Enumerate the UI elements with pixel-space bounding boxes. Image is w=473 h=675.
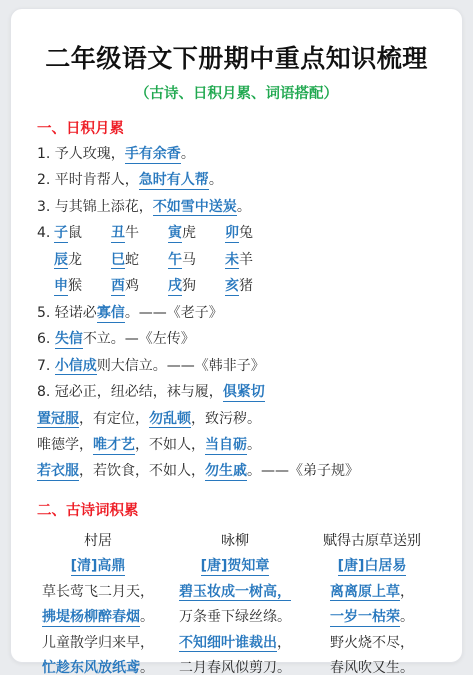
poem-line: 万条垂下绿丝绦。 bbox=[174, 605, 296, 631]
plain-text: 。——《老子》 bbox=[125, 305, 223, 321]
highlighted-text: 当自砺 bbox=[205, 437, 247, 455]
document-content: 二年级语文下册期中重点知识梳理 （古诗、日积月累、词语搭配） 一、日积月累 1.… bbox=[11, 9, 462, 675]
zodiac-cell: 未羊 bbox=[225, 247, 282, 274]
plain-text: 。 bbox=[400, 609, 414, 625]
poem-column: 咏柳[唐]贺知章碧玉妆成一树高，万条垂下绿丝绦。不知细叶谁裁出，二月春风似剪刀。 bbox=[174, 529, 296, 675]
knowledge-line: 7. 小信成则大信立。——《韩非子》 bbox=[37, 353, 436, 379]
plain-text: 唯德学， bbox=[37, 437, 93, 453]
highlighted-text: 辰 bbox=[54, 252, 68, 270]
poem-line: 离离原上草， bbox=[311, 580, 433, 606]
zodiac-cell: 申猴 bbox=[54, 273, 111, 300]
highlighted-text: 寅 bbox=[168, 225, 182, 243]
highlighted-text: 卯 bbox=[225, 225, 239, 243]
poem-title: 咏柳 bbox=[174, 529, 296, 555]
poem-title: 村居 bbox=[37, 529, 159, 555]
knowledge-line: 3. 与其锦上添花，不如雪中送炭。 bbox=[37, 194, 436, 220]
highlighted-text: 碧玉妆成一树高， bbox=[179, 584, 291, 602]
plain-text: 鸡 bbox=[125, 278, 139, 294]
highlighted-text: 寡信 bbox=[97, 305, 125, 323]
plain-text: ，有定位， bbox=[79, 411, 149, 427]
highlighted-text: [唐]贺知章 bbox=[201, 558, 270, 576]
plain-text: 狗 bbox=[182, 278, 196, 294]
highlighted-text: 申 bbox=[54, 278, 68, 296]
highlighted-text: 未 bbox=[225, 252, 239, 270]
poem-line: 拂堤杨柳醉春烟。 bbox=[37, 605, 159, 631]
plain-text: ， bbox=[277, 635, 291, 651]
page-background: { "colors": { "accent_red": "#ee1c25", "… bbox=[0, 0, 473, 675]
plain-text: 牛 bbox=[125, 225, 139, 241]
plain-text: 野火烧不尽， bbox=[330, 635, 414, 651]
highlighted-text: 丑 bbox=[111, 225, 125, 243]
plain-text: 7. bbox=[37, 358, 55, 374]
zodiac-cell: 巳蛇 bbox=[111, 247, 168, 274]
plain-text: 不立。—《左传》 bbox=[83, 331, 195, 347]
plain-text: 。 bbox=[140, 660, 154, 675]
knowledge-lines-group-a: 1. 予人玫瑰，手有余香。2. 平时肯帮人，急时有人帮。3. 与其锦上添花，不如… bbox=[37, 141, 436, 220]
plain-text: 蛇 bbox=[125, 252, 139, 268]
plain-text: ，致污秽。 bbox=[191, 411, 261, 427]
plain-text: 。 bbox=[181, 146, 195, 162]
zodiac-item-number: 4. bbox=[37, 220, 54, 247]
highlighted-text: 戌 bbox=[168, 278, 182, 296]
highlighted-text: 勿乱顿 bbox=[149, 411, 191, 429]
poem-line: 春风吹又生。 bbox=[311, 656, 433, 675]
plain-text: 。 bbox=[247, 437, 261, 453]
plain-text: 羊 bbox=[239, 252, 253, 268]
zodiac-cell: 卯兔 bbox=[225, 220, 282, 247]
section-heading-poems: 二、古诗词积累 bbox=[37, 499, 436, 523]
zodiac-cell: 子鼠 bbox=[54, 220, 111, 247]
poem-line: 碧玉妆成一树高， bbox=[174, 580, 296, 606]
poem-title: 赋得古原草送别 bbox=[311, 529, 433, 555]
plain-text: 草长莺飞二月天， bbox=[42, 584, 154, 600]
highlighted-text: 巳 bbox=[111, 252, 125, 270]
plain-text: 1. 予人玫瑰， bbox=[37, 146, 125, 162]
plain-text: 6. bbox=[37, 331, 55, 347]
knowledge-line: 唯德学，唯才艺，不如人，当自砺。 bbox=[37, 432, 436, 458]
plain-text: 猴 bbox=[68, 278, 82, 294]
document-card: 二年级语文下册期中重点知识梳理 （古诗、日积月累、词语搭配） 一、日积月累 1.… bbox=[10, 8, 463, 663]
poem-line: 二月春风似剪刀。 bbox=[174, 656, 296, 675]
plain-text: ， bbox=[400, 584, 414, 600]
section-heading-accumulation: 一、日积月累 bbox=[37, 117, 436, 141]
highlighted-text: 忙趁东风放纸鸢 bbox=[42, 660, 140, 675]
zodiac-cell: 戌狗 bbox=[168, 273, 225, 300]
knowledge-line: 5. 轻诺必寡信。——《老子》 bbox=[37, 300, 436, 326]
zodiac-row: 4.子鼠丑牛寅虎卯兔 bbox=[37, 220, 436, 247]
zodiac-cell: 亥猪 bbox=[225, 273, 282, 300]
highlighted-text: 若衣服 bbox=[37, 463, 79, 481]
poem-line: 一岁一枯荣。 bbox=[311, 605, 433, 631]
plain-text: 春风吹又生。 bbox=[330, 660, 414, 675]
zodiac-cell: 午马 bbox=[168, 247, 225, 274]
knowledge-line: 6. 失信不立。—《左传》 bbox=[37, 326, 436, 352]
plain-text: 5. 轻诺必 bbox=[37, 305, 97, 321]
plain-text: 。 bbox=[209, 172, 223, 188]
poems-section: 村居[清]高鼎草长莺飞二月天，拂堤杨柳醉春烟。儿童散学归来早，忙趁东风放纸鸢。咏… bbox=[37, 529, 436, 675]
highlighted-text: 不如雪中送炭 bbox=[153, 199, 237, 217]
poem-author: [唐]白居易 bbox=[311, 554, 433, 580]
highlighted-text: 置冠服 bbox=[37, 411, 79, 429]
knowledge-line: 置冠服，有定位，勿乱顿，致污秽。 bbox=[37, 406, 436, 432]
plain-text: ，若饮食，不如人， bbox=[79, 463, 205, 479]
plain-text: 8. 冠必正，纽必结，袜与履， bbox=[37, 384, 223, 400]
highlighted-text: 拂堤杨柳醉春烟 bbox=[42, 609, 140, 627]
page-title: 二年级语文下册期中重点知识梳理 bbox=[37, 43, 436, 75]
plain-text: 猪 bbox=[239, 278, 253, 294]
poem-line: 草长莺飞二月天， bbox=[37, 580, 159, 606]
highlighted-text: 亥 bbox=[225, 278, 239, 296]
plain-text: 。 bbox=[140, 609, 154, 625]
highlighted-text: 不知细叶谁裁出 bbox=[179, 635, 277, 653]
highlighted-text: 午 bbox=[168, 252, 182, 270]
poem-line: 忙趁东风放纸鸢。 bbox=[37, 656, 159, 675]
plain-text: 万条垂下绿丝绦。 bbox=[179, 609, 291, 625]
page-subtitle: （古诗、日积月累、词语搭配） bbox=[37, 85, 436, 103]
highlighted-text: 唯才艺 bbox=[93, 437, 135, 455]
highlighted-text: 手有余香 bbox=[125, 146, 181, 164]
poem-author: [清]高鼎 bbox=[37, 554, 159, 580]
plain-text: 虎 bbox=[182, 225, 196, 241]
zodiac-cell: 丑牛 bbox=[111, 220, 168, 247]
plain-text: 鼠 bbox=[68, 225, 82, 241]
highlighted-text: 俱紧切 bbox=[223, 384, 265, 402]
plain-text: 2. 平时肯帮人， bbox=[37, 172, 139, 188]
highlighted-text: 一岁一枯荣 bbox=[330, 609, 400, 627]
plain-text: ，不如人， bbox=[135, 437, 205, 453]
highlighted-text: 勿生戚 bbox=[205, 463, 247, 481]
highlighted-text: 子 bbox=[54, 225, 68, 243]
plain-text: 二月春风似剪刀。 bbox=[179, 660, 291, 675]
poem-line: 儿童散学归来早， bbox=[37, 631, 159, 657]
zodiac-row: 辰龙巳蛇午马未羊 bbox=[37, 247, 436, 274]
plain-text: 。 bbox=[237, 199, 251, 215]
poem-column: 村居[清]高鼎草长莺飞二月天，拂堤杨柳醉春烟。儿童散学归来早，忙趁东风放纸鸢。 bbox=[37, 529, 159, 675]
poem-line: 野火烧不尽， bbox=[311, 631, 433, 657]
plain-text: 3. 与其锦上添花， bbox=[37, 199, 153, 215]
highlighted-text: 酉 bbox=[111, 278, 125, 296]
knowledge-line: 若衣服，若饮食，不如人，勿生戚。——《弟子规》 bbox=[37, 458, 436, 484]
zodiac-table: 4.子鼠丑牛寅虎卯兔辰龙巳蛇午马未羊申猴酉鸡戌狗亥猪 bbox=[37, 220, 436, 300]
highlighted-text: [唐]白居易 bbox=[338, 558, 407, 576]
knowledge-lines-group-b: 5. 轻诺必寡信。——《老子》6. 失信不立。—《左传》7. 小信成则大信立。—… bbox=[37, 300, 436, 485]
highlighted-text: 离离原上草 bbox=[330, 584, 400, 602]
poem-column: 赋得古原草送别[唐]白居易离离原上草，一岁一枯荣。野火烧不尽，春风吹又生。 bbox=[311, 529, 433, 675]
knowledge-line: 8. 冠必正，纽必结，袜与履，俱紧切 bbox=[37, 379, 436, 405]
poem-author: [唐]贺知章 bbox=[174, 554, 296, 580]
poem-line: 不知细叶谁裁出， bbox=[174, 631, 296, 657]
plain-text: 龙 bbox=[68, 252, 82, 268]
highlighted-text: 小信成 bbox=[55, 358, 97, 376]
zodiac-cell: 辰龙 bbox=[54, 247, 111, 274]
plain-text: 兔 bbox=[239, 225, 253, 241]
plain-text: 。——《弟子规》 bbox=[247, 463, 359, 479]
knowledge-line: 1. 予人玫瑰，手有余香。 bbox=[37, 141, 436, 167]
highlighted-text: [清]高鼎 bbox=[71, 558, 126, 576]
highlighted-text: 急时有人帮 bbox=[139, 172, 209, 190]
knowledge-line: 2. 平时肯帮人，急时有人帮。 bbox=[37, 167, 436, 193]
plain-text: 马 bbox=[182, 252, 196, 268]
highlighted-text: 失信 bbox=[55, 331, 83, 349]
zodiac-cell: 寅虎 bbox=[168, 220, 225, 247]
plain-text: 儿童散学归来早， bbox=[42, 635, 154, 651]
plain-text: 则大信立。——《韩非子》 bbox=[97, 358, 265, 374]
zodiac-cell: 酉鸡 bbox=[111, 273, 168, 300]
zodiac-row: 申猴酉鸡戌狗亥猪 bbox=[37, 273, 436, 300]
